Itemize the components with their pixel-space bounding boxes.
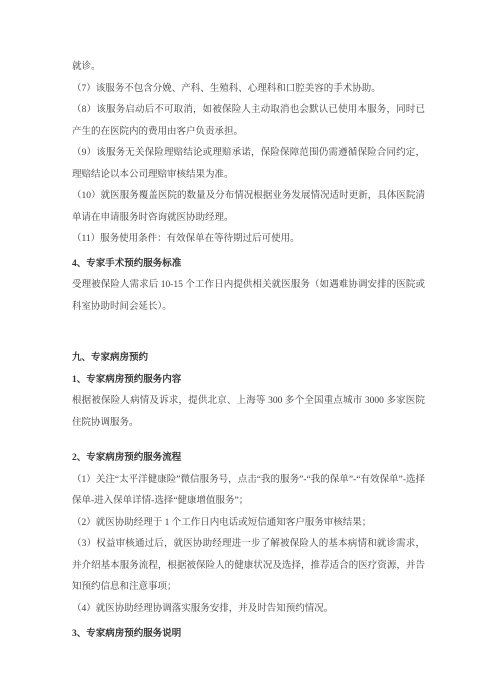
process-step-4: （4）就医协助经理协调落实服务安排，并及时告知预约情况。 xyxy=(72,599,425,621)
process-step-1: （1）关注“太平洋健康险”微信服务号，点击“我的服务”-“我的保单”-“有效保单… xyxy=(72,470,425,513)
clause-7: （7）该服务不包含分娩、产科、生殖科、心理科和口腔美容的手术协助。 xyxy=(72,79,425,101)
process-step-3: （3）权益审核通过后，就医协助经理进一步了解被保险人的基本病情和就诊需求，并介绍… xyxy=(72,534,425,599)
heading-ward-service-content: 1、专家病房预约服务内容 xyxy=(72,370,425,392)
clause-10: （10）就医服务覆盖医院的数量及分布情况根据业务发展情况适时更新，具体医院清单请… xyxy=(72,186,425,229)
paragraph-continuation: 就诊。 xyxy=(72,57,425,79)
para-ward-service-content-body: 根据被保险人病情及诉求，提供北京、上海等 300 多个全国重点城市 3000 多… xyxy=(72,391,425,434)
heading-ward-service-process: 2、专家病房预约服务流程 xyxy=(72,448,425,470)
document-page: 就诊。 （7）该服务不包含分娩、产科、生殖科、心理科和口腔美容的手术协助。 （8… xyxy=(0,0,495,700)
clause-8: （8）该服务启动后不可取消，如被保险人主动取消也会默认已使用本服务，同时已产生的… xyxy=(72,100,425,143)
para-surgery-standard-body: 受理被保险人需求后 10-15 个工作日内提供相关就医服务（如遇难协调安排的医院… xyxy=(72,275,425,318)
heading-expert-surgery-standard: 4、专家手术预约服务标准 xyxy=(72,254,425,276)
clause-11: （11）服务使用条件：有效保单在等待期过后可使用。 xyxy=(72,229,425,251)
process-step-2: （2）就医协助经理于 1 个工作日内电话或短信通知客户服务审核结果； xyxy=(72,513,425,535)
heading-section-nine-expert-ward: 九、专家病房预约 xyxy=(72,348,425,370)
heading-ward-service-notes: 3、专家病房预约服务说明 xyxy=(72,624,425,646)
clause-9: （9）该服务无关保险理赔结论或理赔承诺，保险保障范围仍需遵循保险合同约定，理赔结… xyxy=(72,143,425,186)
